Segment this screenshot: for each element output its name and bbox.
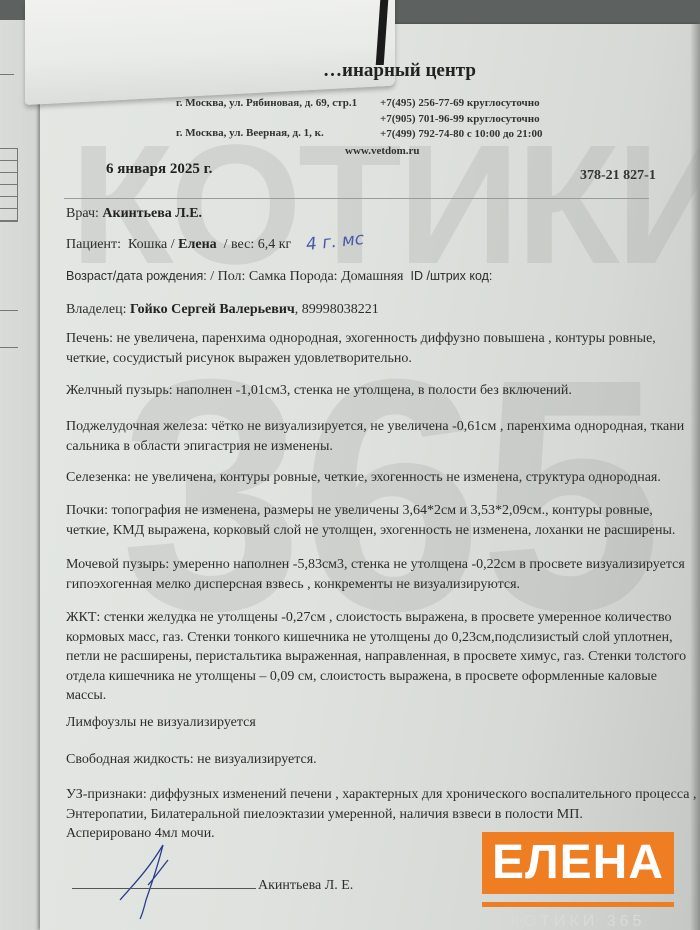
patient-details-line: Возраст/дата рождения: / Пол: Самка Поро… [66, 267, 492, 287]
finding-pancreas: Поджелудочная железа: чётко не визуализи… [66, 417, 684, 456]
finding-gi-tract: ЖКТ: стенки желудка не утолщены -0,27см … [66, 608, 686, 706]
brand-underline [482, 902, 674, 907]
finding-kidneys: Почки: топография не изменена, размеры н… [66, 501, 675, 540]
signature-icon [118, 840, 188, 920]
doctor-line: Врач: Акинтьева Л.Е. [66, 204, 202, 224]
website: www.vetdom.ru [345, 145, 420, 157]
phone-1: +7(495) 256-77-69 круглосуточно [380, 97, 540, 109]
address-1: г. Москва, ул. Рябиновая, д. 69, стр.1 [176, 97, 357, 109]
owner-line: Владелец: Гойко Сергей Валерьевич, 89998… [66, 300, 379, 320]
brand-badge: ЕЛЕНА КОТИКИ 365 [482, 832, 674, 930]
finding-bladder: Мочевой пузырь: умеренно наполнен -5,83с… [66, 555, 685, 594]
signature-name: Акинтьева Л. Е. [258, 876, 353, 896]
form-table-fragment [0, 148, 18, 222]
signature-line [72, 888, 256, 889]
patient-line: Пациент: Кошка / Елена / вес: 6,4 кг [66, 235, 291, 255]
divider [0, 310, 18, 311]
phone-3: +7(499) 792-74-80 с 10:00 до 21:00 [380, 128, 542, 140]
phone-2: +7(905) 701-96-99 круглосуточно [380, 113, 540, 125]
divider [0, 347, 18, 348]
finding-gallbladder: Желчный пузырь: наполнен -1,01см3, стенк… [66, 381, 572, 401]
finding-lymph-nodes: Лимфоузлы не визуализируется [66, 713, 256, 733]
divider [0, 74, 14, 75]
brand-title: ЕЛЕНА [482, 832, 674, 894]
finding-spleen: Селезенка: не увеличена, контуры ровные,… [66, 468, 661, 488]
header-divider [64, 198, 649, 199]
finding-free-fluid: Свободная жидкость: не визуализируется. [66, 750, 317, 770]
clinic-name: …инарный центр [323, 60, 476, 82]
address-2: г. Москва, ул. Веерная, д. 1, к. [176, 127, 324, 139]
document-number: 378-21 827-1 [580, 168, 656, 184]
document-date: 6 января 2025 г. [106, 161, 212, 178]
finding-liver: Печень: не увеличена, паренхима однородн… [66, 329, 656, 368]
brand-subtitle: КОТИКИ 365 [482, 913, 674, 930]
